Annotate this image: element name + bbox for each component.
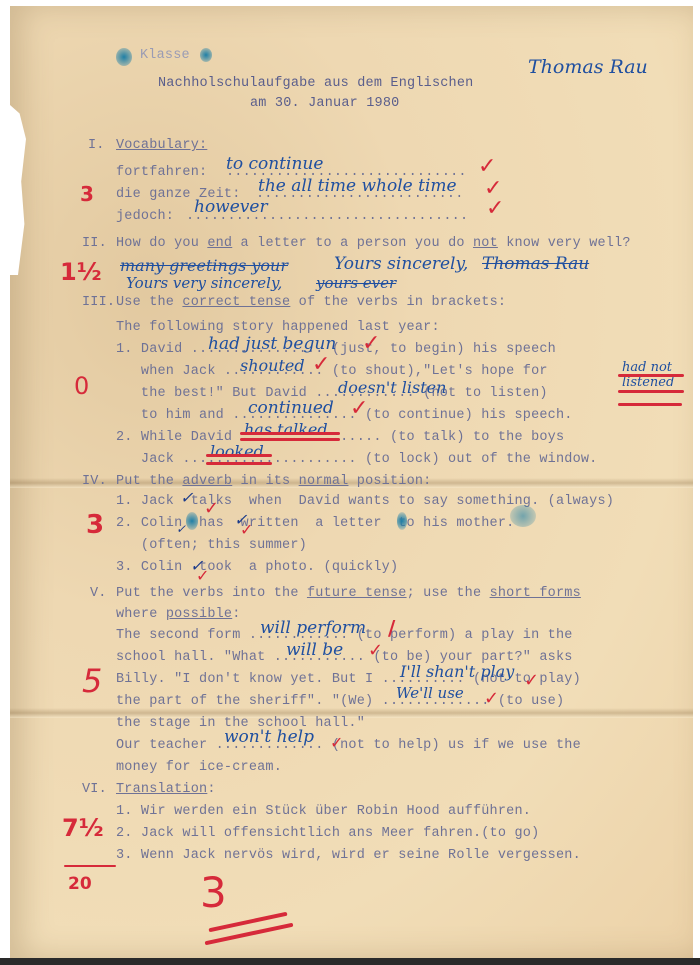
section-score: 3: [86, 510, 104, 540]
red-strike: [618, 374, 684, 377]
total-points: 20: [68, 874, 92, 894]
translation-line: 3. Wenn Jack nervös wird, wird er seine …: [116, 848, 581, 863]
answer: I'll shan't play: [400, 662, 514, 681]
red-underline: [240, 438, 340, 441]
vocab-answer: the all time whole time: [258, 176, 457, 196]
exercise-line: (often; this summer): [116, 538, 307, 553]
section-heading: Put the verbs into the future tense; use…: [116, 586, 581, 601]
check-mark-icon: ✓: [312, 352, 330, 377]
section-number: III.: [82, 295, 115, 310]
answer: will be: [286, 640, 343, 660]
student-name: Thomas Rau: [528, 56, 648, 78]
answer: will perform: [260, 618, 366, 638]
section-heading: Translation:: [116, 782, 216, 797]
final-grade: 3: [200, 868, 227, 917]
ink-blot: [186, 512, 198, 530]
section-score: 5: [82, 662, 102, 700]
exam-title: Nachholschulaufgabe aus dem Englischen: [158, 76, 473, 91]
check-mark-icon: ✓: [484, 688, 499, 709]
ink-blot: [200, 48, 212, 62]
answer: shouted: [240, 356, 305, 375]
struck-name: Thomas Rau: [482, 254, 589, 274]
total-line: [64, 865, 116, 867]
answer: We'll use: [396, 684, 464, 702]
intro-text: The following story happened last year:: [116, 320, 440, 335]
exercise-line: Jack ..................... (to lock) out…: [116, 452, 597, 467]
translation-line: 2. Jack will offensichtlich ans Meer fah…: [116, 826, 539, 841]
check-mark-icon: /: [388, 616, 395, 640]
check-mark-icon: ✓: [350, 396, 368, 421]
vocab-prompt: fortfahren:: [116, 165, 216, 180]
struck-answer: many greetings your: [120, 256, 288, 275]
check-mark-icon: ✓: [486, 196, 504, 221]
red-underline: [618, 403, 682, 406]
section-score: 0: [74, 372, 89, 400]
section-number: V.: [90, 586, 107, 601]
answer: continued: [248, 398, 334, 418]
ink-blot: [397, 512, 407, 530]
exercise-line: money for ice-cream.: [116, 760, 282, 775]
exercise-line: 3. Colin took a photo. (quickly): [116, 560, 398, 575]
check-mark-icon: ✓: [362, 331, 380, 356]
section-score: 3: [80, 182, 94, 206]
insert-mark-icon: ✓: [180, 488, 193, 507]
answer: had just begun: [208, 334, 336, 354]
answer: Yours very sincerely,: [126, 274, 282, 292]
exam-date: am 30. Januar 1980: [250, 96, 399, 111]
check-mark-icon: ✓: [240, 520, 253, 539]
exercise-line: Our teacher ............. (not to help) …: [116, 738, 581, 753]
section-heading: Put the adverb in its normal position:: [116, 474, 431, 489]
section-score: 1½: [60, 258, 102, 286]
answer: doesn't listen: [338, 378, 446, 397]
ink-blot: [510, 505, 536, 527]
red-strike: [240, 432, 340, 435]
section-heading: How do you end a letter to a person you …: [116, 236, 631, 251]
section-number: II.: [82, 236, 107, 251]
red-strike: [206, 454, 272, 457]
vocab-prompt: jedoch:: [116, 209, 182, 224]
exercise-line: when Jack ............ (to shout),"Let's…: [116, 364, 548, 379]
section-heading-line2: where possible:: [116, 607, 241, 622]
vocab-answer: to continue: [226, 154, 323, 174]
klasse-label: Klasse: [140, 48, 190, 63]
section-number: IV.: [82, 474, 107, 489]
section-heading: Vocabulary:: [116, 138, 207, 153]
answer: has talked: [244, 420, 328, 439]
bottom-edge: [0, 958, 700, 965]
section-number: VI.: [82, 782, 107, 797]
red-underline: [206, 462, 272, 465]
answer: won't help: [224, 727, 314, 747]
exercise-line: 2. While David ................. (to tal…: [116, 430, 564, 445]
check-mark-icon: ✓: [330, 733, 343, 752]
struck-answer: yours ever: [316, 274, 396, 292]
translation-line: 1. Wir werden ein Stück über Robin Hood …: [116, 804, 531, 819]
section-heading: Use the correct tense of the verbs in br…: [116, 295, 506, 310]
red-strike: [618, 390, 684, 393]
exercise-line: to him and ............... (to continue)…: [116, 408, 573, 423]
answer: looked: [210, 442, 264, 461]
check-mark-icon: ✓: [524, 670, 539, 691]
check-mark-icon: ✓: [196, 566, 209, 585]
answer: Yours sincerely,: [334, 254, 468, 274]
section-score: 7½: [62, 814, 104, 842]
section-number: I.: [88, 138, 105, 153]
insert-mark-icon: ✓: [176, 522, 186, 536]
check-mark-icon: ✓: [368, 640, 383, 661]
vocab-answer: however: [194, 197, 268, 217]
check-mark-icon: ✓: [204, 498, 219, 519]
ink-blot: [116, 48, 132, 66]
